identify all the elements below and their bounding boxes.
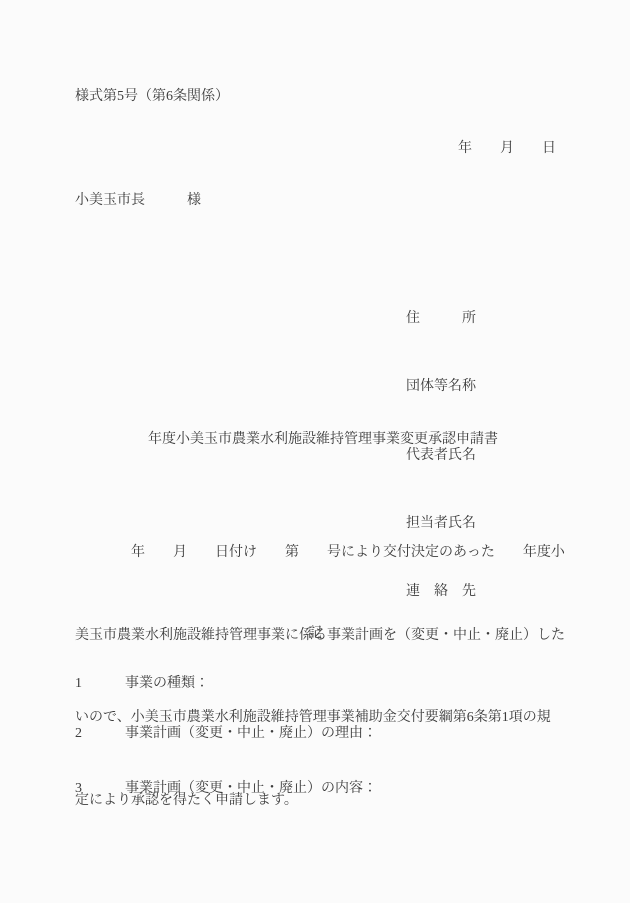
addressee-line: 小美玉市長 様 <box>75 191 201 211</box>
list-item-text: 事業計画（変更・中止・廃止）の内容： <box>125 779 377 799</box>
ki-section-marker: 記 <box>0 624 630 644</box>
list-item-number: 2 <box>75 724 125 744</box>
applicant-field-address: 住所 <box>385 289 476 317</box>
list-item-text: 事業計画（変更・中止・廃止）の理由： <box>125 724 377 744</box>
applicant-field-organization-name: 団体等名称 <box>385 357 476 385</box>
form-number: 様式第5号（第6条関係） <box>75 87 229 107</box>
document-title: 年度小美玉市農業水利施設維持管理事業変更承認申請書 <box>0 430 630 450</box>
list-item-3: 3 事業計画（変更・中止・廃止）の内容： <box>75 779 377 799</box>
date-blank-line: 年 月 日 <box>458 139 556 159</box>
document-page: 様式第5号（第6条関係） 年 月 日 小美玉市長 様 住所 団体等名称 代表者氏… <box>0 0 630 903</box>
applicant-field-label: 住所 <box>406 309 476 329</box>
applicant-field-label: 団体等名称 <box>406 377 476 397</box>
body-line: 年 月 日付け 第 号により交付決定のあった 年度小 <box>75 539 565 567</box>
list-item-text: 事業の種類： <box>125 674 209 694</box>
list-item-1: 1 事業の種類： <box>75 674 209 694</box>
list-item-number: 3 <box>75 779 125 799</box>
list-item-2: 2 事業計画（変更・中止・廃止）の理由： <box>75 724 377 744</box>
list-item-number: 1 <box>75 674 125 694</box>
